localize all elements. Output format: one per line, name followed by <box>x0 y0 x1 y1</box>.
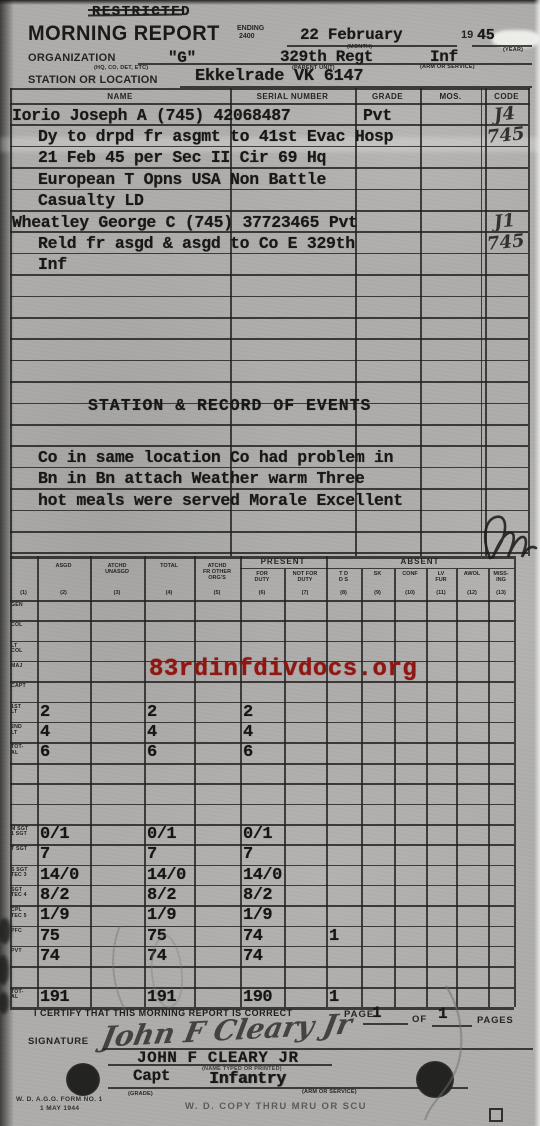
table-row-line <box>10 783 514 784</box>
column-header-label: TOTAL <box>144 563 194 569</box>
punch-hole-right <box>416 1061 454 1098</box>
roster-column-line <box>481 88 482 556</box>
roster-top-border <box>10 88 530 90</box>
strength-row-label: GEN <box>11 603 36 609</box>
roster-entry-code: J4 <box>493 102 516 125</box>
roster-entry-line: 21 Feb 45 per Sec II Cir 69 Hq <box>38 148 326 167</box>
strength-row-label: SGT TEC 4 <box>11 888 36 899</box>
table-column-line <box>456 569 458 1007</box>
table-column-line <box>284 569 286 1007</box>
roster-entry-grade: Pvt <box>363 106 392 125</box>
events-line: Bn in Bn attach Weather warm Three <box>38 469 364 488</box>
ruled-line <box>10 231 528 233</box>
ruled-line <box>10 381 528 383</box>
column-header-number: (11) <box>426 590 456 596</box>
ruled-line <box>10 510 528 512</box>
strength-value: 74 <box>243 947 262 966</box>
strength-value: 74 <box>147 947 166 966</box>
column-header-label: ASGD <box>37 563 90 569</box>
table-row-line <box>10 844 514 845</box>
roster-column-line <box>485 88 487 556</box>
roster-col-code: CODE <box>485 92 528 101</box>
strength-row-label: PVT <box>11 949 36 955</box>
strength-value: 14/0 <box>40 866 79 885</box>
strength-value: 8/2 <box>147 886 176 905</box>
roster-header-bottom <box>10 103 530 105</box>
strength-row-label: S SGT TEC 3 <box>11 868 36 879</box>
strength-row-label: PFC <box>11 929 36 935</box>
strength-value: 2 <box>147 703 157 722</box>
strength-value: 4 <box>40 723 50 742</box>
strength-row-label: M SGT 1 SGT <box>11 827 36 838</box>
strength-value: 4 <box>147 723 157 742</box>
page-value: 1 <box>372 1004 381 1022</box>
table-row-line <box>10 742 514 743</box>
column-header-number: (5) <box>194 590 240 596</box>
roster-entry-code: J1 <box>493 209 516 232</box>
events-heading: STATION & RECORD OF EVENTS <box>88 396 371 415</box>
column-header-label: AWOL <box>456 571 488 577</box>
strength-row-label: MAJ <box>11 664 36 670</box>
arm-sublabel: (ARM OR SERVICE) <box>420 64 475 70</box>
signature-label: SIGNATURE <box>28 1036 89 1047</box>
strength-value: 2 <box>40 703 50 722</box>
report-date-value: 22 February <box>300 26 402 44</box>
column-header-label: T D D S <box>326 571 361 583</box>
column-header-number: (8) <box>326 590 361 596</box>
ruled-line <box>10 488 528 490</box>
station-label: STATION OR LOCATION <box>28 74 158 86</box>
column-header-label: NOT FOR DUTY <box>284 571 326 583</box>
roster-entry-line: European T Opns USA Non Battle <box>38 170 326 189</box>
registration-square <box>489 1108 503 1122</box>
column-header-number: (1) <box>10 590 37 596</box>
roster-entry-line: Inf <box>38 255 67 274</box>
present-group-underline <box>240 568 326 569</box>
website-watermark: 83rdinfdivdocs.org <box>149 656 417 683</box>
strength-value: 191 <box>147 988 176 1007</box>
strike-line <box>88 9 182 11</box>
strength-value: 0/1 <box>147 825 176 844</box>
strength-row-label: 1ST LT <box>11 705 36 716</box>
strength-value: 7 <box>40 845 50 864</box>
strength-row-label: TOT- AL <box>11 990 36 1001</box>
column-header-number: (3) <box>90 590 144 596</box>
strength-row-label: 2ND LT <box>11 725 36 736</box>
roster-column-line <box>10 88 12 556</box>
column-header-label: SK <box>361 571 394 577</box>
strength-value: 1 <box>329 988 339 1007</box>
events-line: Co in same location Co had problem in <box>38 448 393 467</box>
table-row-line <box>10 804 514 805</box>
scan-edge-top <box>0 0 540 5</box>
table-column-line <box>488 569 490 1007</box>
present-group-label: PRESENT <box>240 557 326 566</box>
column-header-number: (12) <box>456 590 488 596</box>
of-label: OF <box>412 1014 427 1025</box>
roster-entry-line: Reld fr asgd & asgd to Co E 329th <box>38 234 355 253</box>
roster-entry-code: 745 <box>486 230 526 255</box>
ruled-line <box>10 531 528 533</box>
strength-value: 6 <box>147 743 157 762</box>
table-column-line <box>426 569 428 1007</box>
strength-value: 0/1 <box>243 825 272 844</box>
column-header-label: MISS- ING <box>488 571 514 583</box>
year-value: 45 <box>477 27 494 44</box>
form-number: W. D. A.G.O. FORM NO. 1 <box>16 1096 103 1103</box>
column-header-label: CONF <box>394 571 426 577</box>
organization-sublabel: (HQ, CO, DET, ETC) <box>94 65 148 71</box>
strength-row-label: TOT- AL <box>11 745 36 756</box>
strength-value: 14/0 <box>147 866 186 885</box>
column-header-number: (4) <box>144 590 194 596</box>
roster-entry-line: Iorio Joseph A (745) 42068487 <box>12 106 290 125</box>
column-header-label: LV FUR <box>426 571 456 583</box>
roster-entry-line: Dy to drpd fr asgmt to 41st Evac Hosp <box>38 127 393 146</box>
roster-column-line <box>420 88 422 556</box>
ruled-line <box>10 296 528 298</box>
strength-value: 6 <box>243 743 253 762</box>
strength-value: 1/9 <box>147 906 176 925</box>
ruled-line <box>10 360 528 362</box>
strength-row-label: T SGT <box>11 847 36 853</box>
year-sublabel: (YEAR) <box>503 47 523 53</box>
column-header-number: (6) <box>240 590 284 596</box>
ruled-line <box>10 338 528 340</box>
ruled-line <box>10 445 528 447</box>
roster-col-mos: MOS. <box>420 92 481 101</box>
table-column-line <box>361 569 363 1007</box>
ending-label: ENDING <box>237 25 264 32</box>
table-row-line <box>10 966 514 967</box>
table-column-line <box>90 556 92 1007</box>
strength-row-label: CPL TEC 5 <box>11 908 36 919</box>
strength-value: 7 <box>147 845 157 864</box>
classification-stamp: RESTRICTED <box>92 4 191 20</box>
scan-edge-right <box>534 0 540 1126</box>
ruled-line <box>10 167 528 169</box>
column-header-label: ATCHD UNASGD <box>90 563 144 575</box>
form-title: MORNING REPORT <box>28 22 220 46</box>
events-line: hot meals were served Morale Excellent <box>38 491 403 510</box>
ruled-line <box>10 424 528 426</box>
strength-value: 4 <box>243 723 253 742</box>
roster-col-grade: GRADE <box>355 92 420 101</box>
ruled-line <box>10 274 528 276</box>
strength-row-label: COL <box>11 623 36 629</box>
strength-value: 8/2 <box>243 886 272 905</box>
absent-group-underline <box>326 568 514 569</box>
table-right-border <box>514 556 516 1007</box>
column-header-number: (7) <box>284 590 326 596</box>
strength-value: 0/1 <box>40 825 69 844</box>
strength-value: 74 <box>243 927 262 946</box>
strength-value: 1/9 <box>243 906 272 925</box>
strength-value: 191 <box>40 988 69 1007</box>
strength-row-label: LT COL <box>11 644 36 655</box>
table-row-line <box>10 620 514 621</box>
ruled-line <box>10 552 528 554</box>
table-row-line <box>10 641 514 642</box>
roster-entry-line: Wheatley George C (745) 37723465 Pvt <box>12 213 358 232</box>
year-printed: 19 <box>461 29 473 41</box>
grade-sublabel: (GRADE) <box>128 1091 153 1097</box>
strength-value: 7 <box>243 845 253 864</box>
station-value: Ekkelrade VK 6147 <box>195 67 363 86</box>
officer-arm: Infantry <box>209 1069 286 1088</box>
table-column-line <box>37 556 39 1007</box>
strength-value: 190 <box>243 988 272 1007</box>
strength-value: 1/9 <box>40 906 69 925</box>
strength-row-label: CAPT <box>11 684 36 690</box>
pages-label: PAGES <box>477 1015 514 1026</box>
ruled-line <box>10 467 528 469</box>
column-header-number: (2) <box>37 590 90 596</box>
table-column-line <box>194 556 196 1007</box>
strength-value: 8/2 <box>40 886 69 905</box>
strength-value: 1 <box>329 927 339 946</box>
roster-col-serial: SERIAL NUMBER <box>230 92 355 101</box>
table-row-line <box>10 702 514 703</box>
punch-hole-left <box>66 1063 100 1096</box>
grade-underline <box>108 1087 468 1089</box>
arm-service-sublabel: (ARM OR SERVICE) <box>302 1089 357 1095</box>
ruled-line <box>10 253 528 255</box>
ending-time: 2400 <box>239 33 255 40</box>
ruled-line <box>10 189 528 191</box>
strength-value: 2 <box>243 703 253 722</box>
strength-value: 14/0 <box>243 866 282 885</box>
copy-routing-note: W. D. COPY THRU MRU OR SCU <box>185 1101 367 1112</box>
table-header-bottom <box>10 600 514 602</box>
absent-group-label: ABSENT <box>326 557 514 566</box>
strength-value: 75 <box>147 927 166 946</box>
column-header-label: ATCHD FR OTHER ORG'S <box>194 563 240 581</box>
strength-value: 6 <box>40 743 50 762</box>
table-column-line <box>240 556 242 1007</box>
officer-grade: Capt <box>133 1067 170 1085</box>
column-header-label: FOR DUTY <box>240 571 284 583</box>
pages-underline <box>432 1025 472 1027</box>
ruled-line <box>10 146 528 148</box>
page-underline <box>363 1023 408 1025</box>
column-header-number: (9) <box>361 590 394 596</box>
strength-value: 75 <box>40 927 59 946</box>
table-column-line <box>394 569 396 1007</box>
pages-value: 1 <box>438 1005 447 1023</box>
organization-label: ORGANIZATION <box>28 52 116 64</box>
ruled-line <box>10 124 528 126</box>
roster-column-line <box>528 88 530 556</box>
table-column-line <box>144 556 146 1007</box>
column-header-number: (13) <box>488 590 514 596</box>
table-row-line <box>10 722 514 723</box>
strength-value: 74 <box>40 947 59 966</box>
pencil-arc-mark <box>113 926 126 1012</box>
column-header-number: (10) <box>394 590 426 596</box>
table-row-line <box>10 763 514 765</box>
roster-entry-code: 745 <box>486 123 526 148</box>
roster-col-name: NAME <box>10 92 230 101</box>
morning-report-document: RESTRICTED MORNING REPORT ENDING 2400 22… <box>0 0 540 1126</box>
ruled-line <box>10 317 528 319</box>
ruled-line <box>10 210 528 212</box>
form-date: 1 MAY 1944 <box>40 1105 79 1112</box>
table-column-line <box>326 556 328 1007</box>
roster-entry-line: Casualty LD <box>38 191 144 210</box>
